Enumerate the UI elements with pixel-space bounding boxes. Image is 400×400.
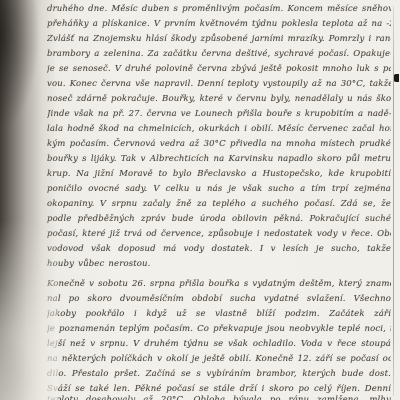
handwritten-line: na některých políčkách v okolí je ještě … bbox=[47, 352, 391, 367]
handwritten-line: vodovod však doposud má vody dostatek. I… bbox=[47, 242, 391, 257]
handwritten-paragraph: druhého dne. Měsíc duben s proměnlivým p… bbox=[47, 2, 391, 272]
handwritten-line: noseč zdárně pokračuje. Bouřky, které v … bbox=[47, 92, 391, 107]
handwritten-line: krup. Na jižní Moravě to bylo Břeclavsko… bbox=[47, 167, 391, 182]
handwritten-line: lejší než v srpnu. V druhém týdnu se vša… bbox=[47, 337, 391, 352]
handwritten-line: Jinde však na př. 27. června ve Lounech … bbox=[47, 107, 391, 122]
handwritten-line: je poznamenán teplým počasím. Co překvap… bbox=[47, 322, 391, 337]
handwritten-line: Zvlášť na Znojemsku hlásí škody způsoben… bbox=[47, 32, 391, 47]
handwritten-line: okopaniny. V srpnu začaly žně za teplého… bbox=[47, 197, 391, 212]
handwritten-line: kým počasím. Červnová vedra až 30°C přiv… bbox=[47, 137, 391, 152]
handwritten-line: jakoby pookřálo i když už se vlastně blí… bbox=[47, 307, 391, 322]
cut-off-bottom-line: teploty dosahovaly až 20°C. Obloha býval… bbox=[47, 393, 391, 400]
handwritten-line: bouřky s lijáky. Tak v Albrechticích na … bbox=[47, 152, 391, 167]
handwritten-line: podle předběžných zpráv bude úroda obilo… bbox=[47, 212, 391, 227]
handwritten-line: nal po skoro dvouměsíčním období sucha v… bbox=[47, 292, 391, 307]
handwritten-line: je se senoseč. V druhé polovině června z… bbox=[47, 62, 391, 77]
handwritten-line: poničilo ovocné sady. V celku u nás je v… bbox=[47, 182, 391, 197]
handwritten-line: vou. Konec června vše napravil. Denní te… bbox=[47, 77, 391, 92]
handwritten-line: brambory a zelenina. Za začátku června d… bbox=[47, 47, 391, 62]
handwritten-line: dilo. Přestalo pršet. Začíná se s vybírá… bbox=[47, 367, 391, 382]
handwritten-line: lala hodně škod na chmelnicích, okurkách… bbox=[47, 122, 391, 137]
handwritten-paragraph: Konečně v sobotu 26. srpna přišla bouřka… bbox=[47, 277, 391, 397]
page-edge-line bbox=[393, 6, 394, 396]
handwritten-line: houby vůbec nerostou. bbox=[47, 257, 391, 272]
handwriting-block: druhého dne. Měsíc duben s proměnlivým p… bbox=[47, 2, 391, 397]
scan-artifact-tick bbox=[394, 74, 399, 82]
scanned-page: druhého dne. Měsíc duben s proměnlivým p… bbox=[0, 0, 400, 400]
handwritten-line: druhého dne. Měsíc duben s proměnlivým p… bbox=[47, 2, 391, 17]
handwritten-line: Konečně v sobotu 26. srpna přišla bouřka… bbox=[47, 277, 391, 292]
handwritten-line: počasí, které již trvá od července, způs… bbox=[47, 227, 391, 242]
handwritten-line: přeháňky a plískanice. V prvním květnové… bbox=[47, 17, 391, 32]
